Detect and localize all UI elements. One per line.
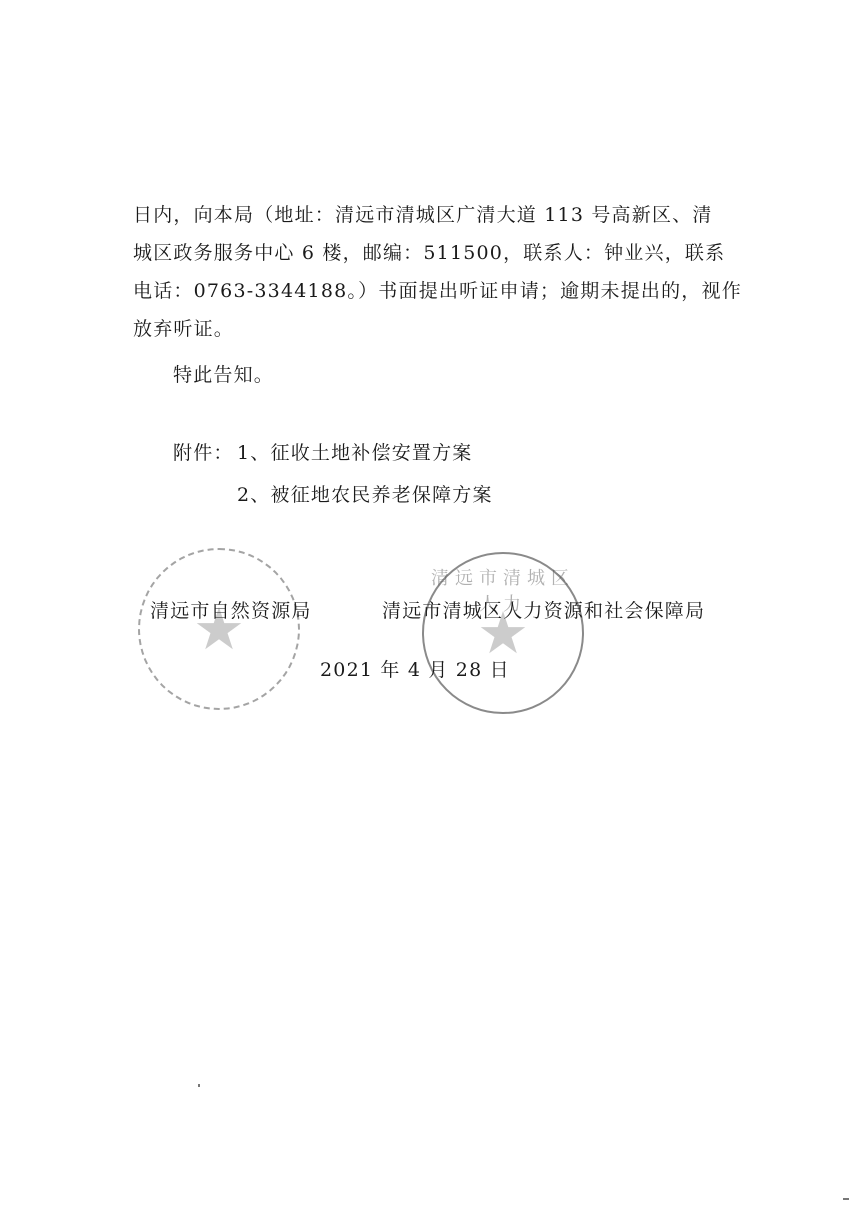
scan-speck [198,1084,200,1087]
paragraph-line-2: 城区政务服务中心 6 楼，邮编：511500，联系人：钟业兴，联系 [133,238,725,265]
issuer-hrss-bureau: 清远市清城区人力资源和社会保障局 [382,596,705,623]
attachment-item-2: 2、被征地农民养老保障方案 [237,480,493,507]
paragraph-line-1: 日内，向本局（地址：清远市清城区广清大道 113 号高新区、清 [133,200,713,227]
attachment-item-1: 1、征收土地补偿安置方案 [237,438,473,465]
official-stamp-hrss: 清远市清城区人力 ★ [422,552,584,714]
signature-date: 2021 年 4 月 28 日 [320,655,510,682]
official-stamp-natural-resources: ★ [138,548,300,710]
issuer-natural-resources-bureau: 清远市自然资源局 [150,596,312,623]
notice-closing: 特此告知。 [173,360,274,387]
scan-speck [843,1198,849,1200]
paragraph-line-4: 放弃听证。 [133,314,234,341]
paragraph-line-3: 电话：0763-3344188。）书面提出听证申请；逾期未提出的，视作 [133,276,742,303]
attachments-label: 附件： [173,438,234,465]
